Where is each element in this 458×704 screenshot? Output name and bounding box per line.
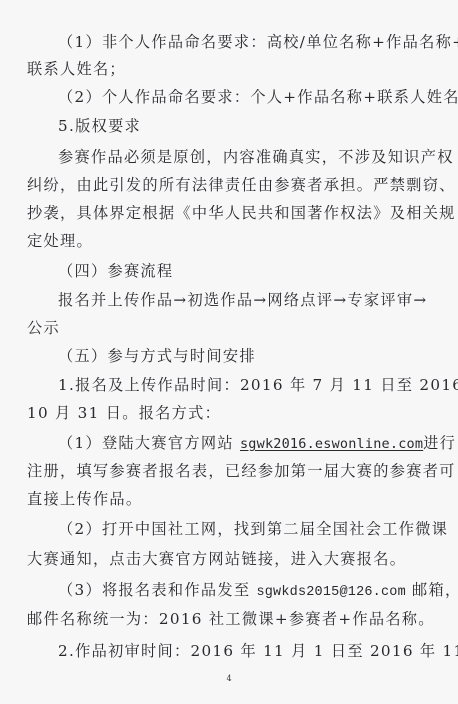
process-flow: 报名并上传作品→初选作品→网络点评→专家评审→ xyxy=(58,290,411,310)
method-1-text: （1）登陆大赛官方网站 xyxy=(58,434,240,452)
section-process-heading: （四）参赛流程 xyxy=(58,261,411,281)
contest-email: sgwkds2015@126.com xyxy=(256,585,405,600)
registration-method-3: （3）将报名表和作品发至 sgwkds2015@126.com 邮箱， xyxy=(58,580,411,603)
naming-rule-personal: （2）个人作品命名要求：个人+作品名称+联系人姓名。 xyxy=(58,87,411,107)
copyright-paragraph-line: 定处理。 xyxy=(27,231,411,251)
registration-time-cont: 10 月 31 日。报名方式： xyxy=(27,403,411,423)
registration-method-1-cont: 注册，填写参赛者报名表，已经参加第一届大赛的参赛者可 xyxy=(27,461,411,481)
registration-method-3-cont: 邮件名称统一为：2016 社工微课+参赛者+作品名称。 xyxy=(27,609,411,629)
method-1-text-after: 进行 xyxy=(423,434,456,452)
copyright-paragraph-line: 参赛作品必须是原创，内容准确真实，不涉及知识产权 xyxy=(58,147,411,167)
method-3-text-after: 邮箱， xyxy=(406,581,458,599)
registration-method-2-cont: 大赛通知，点击大赛官方网站链接，进入大赛报名。 xyxy=(27,549,411,569)
registration-time: 1.报名及上传作品时间：2016 年 7 月 11 日至 2016 年 xyxy=(58,375,411,395)
page-number: 4 xyxy=(0,674,458,683)
registration-method-1-cont: 直接上传作品。 xyxy=(27,489,411,509)
section-participation-heading: （五）参与方式与时间安排 xyxy=(58,346,411,366)
registration-method-1: （1）登陆大赛官方网站 sgwk2016.eswonline.com进行 xyxy=(58,433,411,454)
document-page: （1）非个人作品命名要求：高校/单位名称+作品名称+ 联系人姓名； （2）个人作… xyxy=(0,0,458,704)
naming-rule-nonpersonal: （1）非个人作品命名要求：高校/单位名称+作品名称+ xyxy=(58,32,411,52)
method-3-text: （3）将报名表和作品发至 xyxy=(58,581,256,599)
official-website-link[interactable]: sgwk2016.eswonline.com xyxy=(240,436,423,452)
naming-rule-nonpersonal-cont: 联系人姓名； xyxy=(27,59,411,79)
copyright-paragraph-line: 纠纷，由此引发的所有法律责任由参赛者承担。严禁剽窃、 xyxy=(27,175,411,195)
process-flow-cont: 公示 xyxy=(27,318,411,338)
copyright-paragraph-line: 抄袭，具体界定根据《中华人民共和国著作权法》及相关规 xyxy=(27,203,411,223)
section-copyright-heading: 5.版权要求 xyxy=(58,116,411,136)
registration-method-2: （2）打开中国社工网，找到第二届全国社会工作微课 xyxy=(58,519,411,539)
preliminary-review-time: 2.作品初审时间：2016 年 11 月 1 日至 2016 年 11 月 18 xyxy=(58,641,411,661)
